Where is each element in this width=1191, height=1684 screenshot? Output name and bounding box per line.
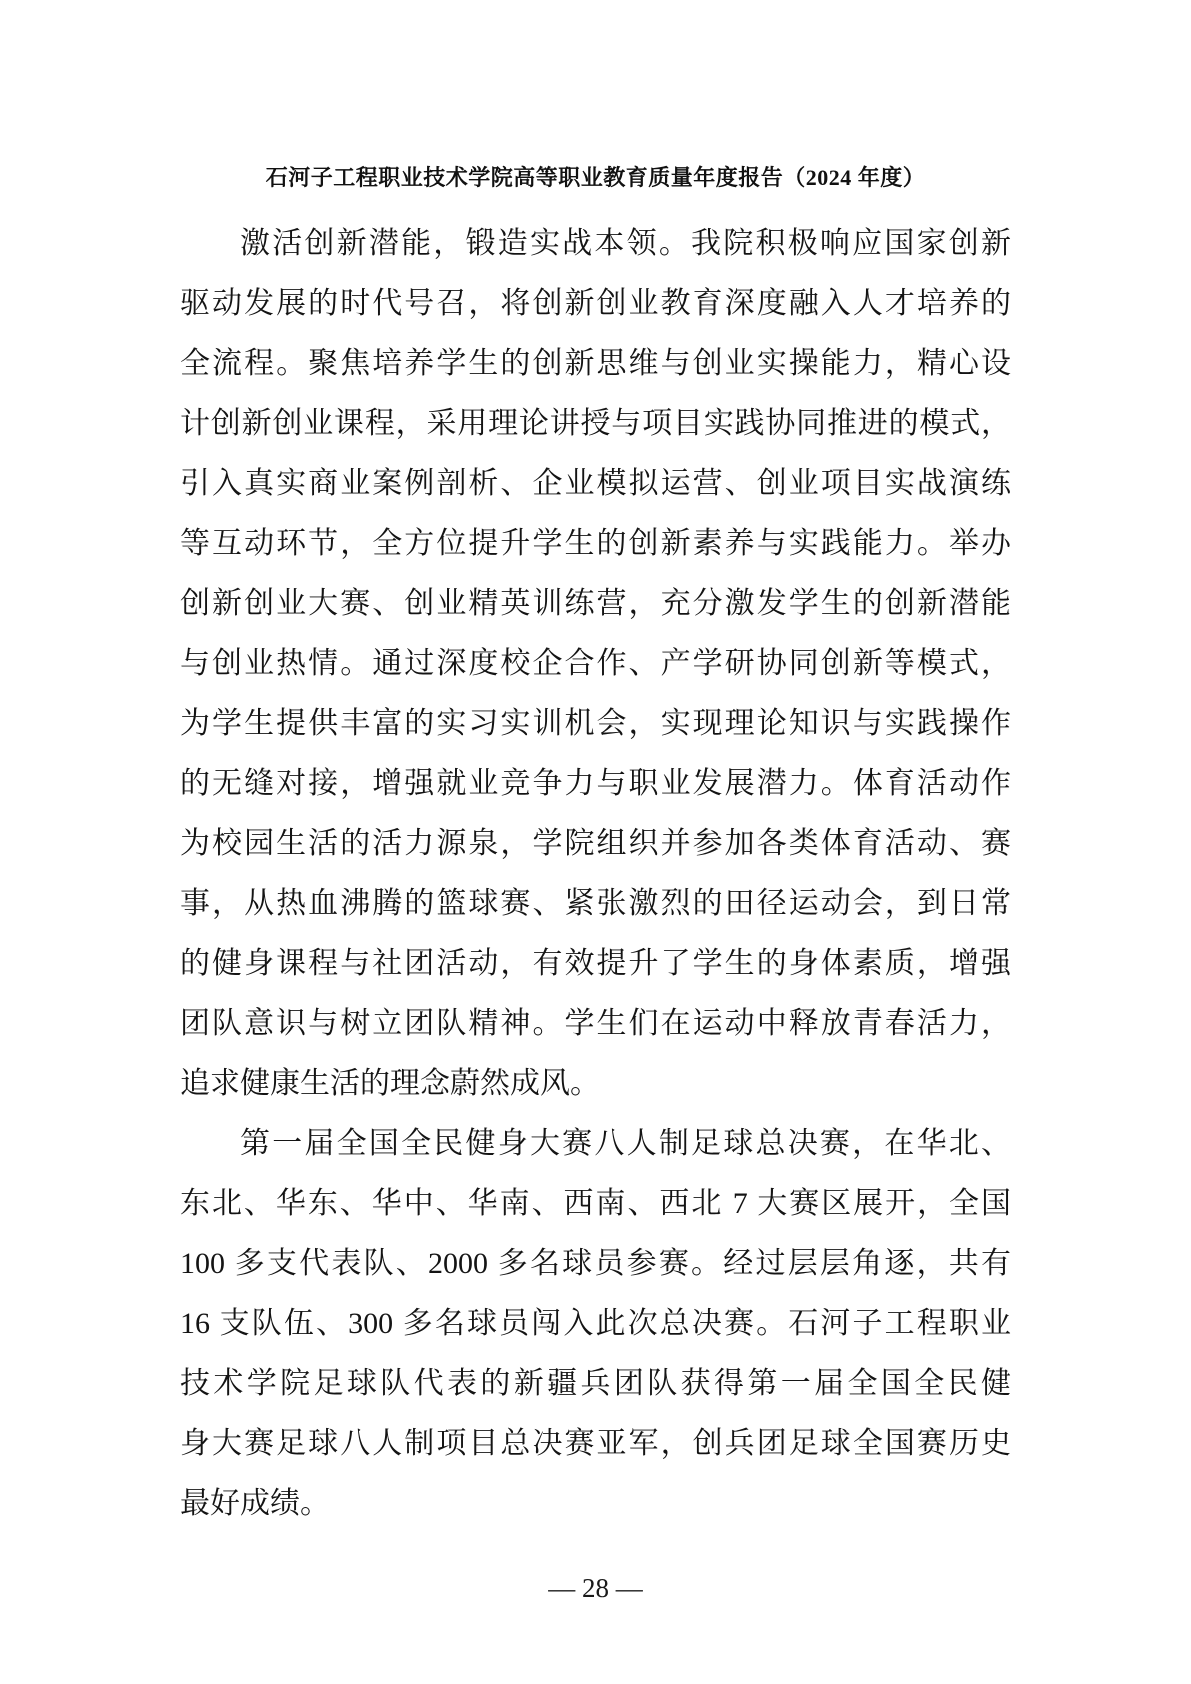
text-line: 技术学院足球队代表的新疆兵团队获得第一届全国全民健 [180,1354,1011,1414]
text-line: 创新创业大赛、创业精英训练营，充分激发学生的创新潜能 [180,574,1011,634]
text-line: 第一届全国全民健身大赛八人制足球总决赛，在华北、 [180,1114,1011,1174]
text-line: 100 多支代表队、2000 多名球员参赛。经过层层角逐，共有 [180,1234,1011,1294]
text-line: 计创新创业课程，采用理论讲授与项目实践协同推进的模式， [180,394,1011,454]
text-line: 等互动环节，全方位提升学生的创新素养与实践能力。举办 [180,514,1011,574]
text-line: 与创业热情。通过深度校企合作、产学研协同创新等模式， [180,634,1011,694]
text-line: 事，从热血沸腾的篮球赛、紧张激烈的田径运动会，到日常 [180,874,1011,934]
text-line: 的无缝对接，增强就业竞争力与职业发展潜力。体育活动作 [180,754,1011,814]
document-body: 激活创新潜能，锻造实战本领。我院积极响应国家创新 驱动发展的时代号召，将创新创业… [180,214,1011,1534]
text-line: 为校园生活的活力源泉，学院组织并参加各类体育活动、赛 [180,814,1011,874]
text-line: 驱动发展的时代号召，将创新创业教育深度融入人才培养的 [180,274,1011,334]
text-line: 16 支队伍、300 多名球员闯入此次总决赛。石河子工程职业 [180,1294,1011,1354]
text-line: 的健身课程与社团活动，有效提升了学生的身体素质，增强 [180,934,1011,994]
text-line: 激活创新潜能，锻造实战本领。我院积极响应国家创新 [180,214,1011,274]
page-number: — 28 — [0,1568,1191,1608]
text-line: 东北、华东、华中、华南、西南、西北 7 大赛区展开，全国 [180,1174,1011,1234]
document-header-title: 石河子工程职业技术学院高等职业教育质量年度报告（2024 年度） [0,162,1191,194]
paragraph-football-final: 第一届全国全民健身大赛八人制足球总决赛，在华北、 东北、华东、华中、华南、西南、… [180,1114,1011,1534]
paragraph-innovation-education: 激活创新潜能，锻造实战本领。我院积极响应国家创新 驱动发展的时代号召，将创新创业… [180,214,1011,1114]
text-line: 引入真实商业案例剖析、企业模拟运营、创业项目实战演练 [180,454,1011,514]
text-line: 最好成绩。 [180,1474,1011,1534]
text-line: 团队意识与树立团队精神。学生们在运动中释放青春活力， [180,994,1011,1054]
text-line: 为学生提供丰富的实习实训机会，实现理论知识与实践操作 [180,694,1011,754]
text-line: 身大赛足球八人制项目总决赛亚军，创兵团足球全国赛历史 [180,1414,1011,1474]
text-line: 全流程。聚焦培养学生的创新思维与创业实操能力，精心设 [180,334,1011,394]
document-page: 石河子工程职业技术学院高等职业教育质量年度报告（2024 年度） 激活创新潜能，… [0,0,1191,1684]
text-line: 追求健康生活的理念蔚然成风。 [180,1054,1011,1114]
